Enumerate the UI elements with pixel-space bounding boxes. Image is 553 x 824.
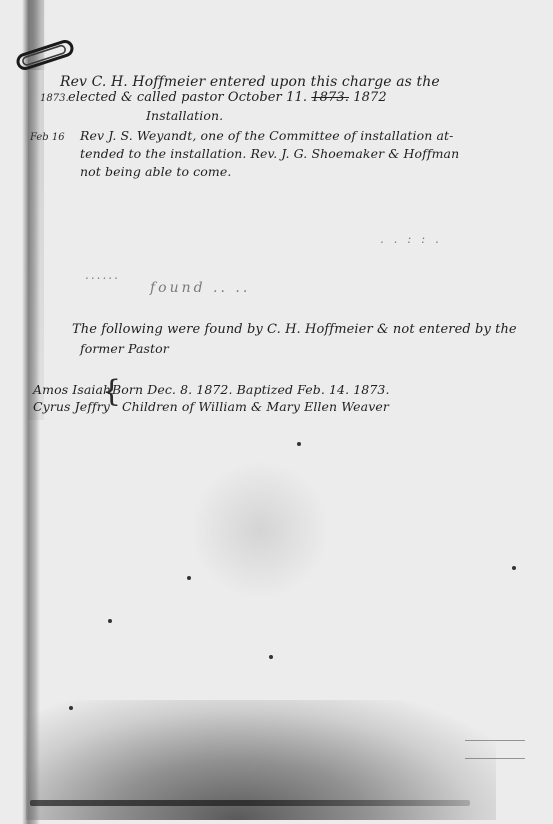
- scan-speck: [269, 655, 273, 659]
- scan-speck: [512, 566, 516, 570]
- installation-entry-line-1: Rev J. S. Weyandt, one of the Committee …: [80, 128, 453, 143]
- margin-year-note: 1873.: [40, 93, 69, 104]
- child-name-1: Amos Isaiah: [33, 382, 111, 397]
- scanned-page: 1873. Feb 16 Rev C. H. Hoffmeier entered…: [0, 0, 553, 824]
- scan-smudge: [190, 460, 330, 600]
- scan-speck: [69, 706, 73, 710]
- scan-speck: [297, 442, 301, 446]
- corrected-year: 1872: [353, 90, 386, 105]
- child-name-2: Cyrus Jeffry: [33, 399, 110, 414]
- baptism-entry-line-1: Born Dec. 8. 1872. Baptized Feb. 14. 187…: [112, 382, 390, 397]
- baptism-entry-line-2: Children of William & Mary Ellen Weaver: [122, 399, 389, 414]
- bottom-page-edge: [30, 800, 470, 806]
- faint-marks-2: found .. ..: [150, 280, 250, 296]
- struck-out-year: 1873.: [311, 90, 349, 105]
- faint-ruled-line: [465, 758, 525, 759]
- paperclip-icon: [14, 40, 76, 70]
- scan-speck: [187, 576, 191, 580]
- found-entry-line-1: The following were found by C. H. Hoffme…: [72, 322, 517, 337]
- installation-entry-line-2: tended to the installation. Rev. J. G. S…: [80, 146, 459, 161]
- found-entry-line-2: former Pastor: [80, 341, 169, 356]
- installation-heading: Installation.: [146, 108, 223, 123]
- pastor-entry-line-2-text: elected & called pastor October 11.: [68, 90, 307, 105]
- faint-marks-3: . . : : .: [380, 232, 442, 246]
- scan-speck: [108, 619, 112, 623]
- pastor-entry-line-1: Rev C. H. Hoffmeier entered upon this ch…: [60, 74, 440, 90]
- faint-ruled-line: [465, 740, 525, 741]
- faint-marks-1: ......: [85, 268, 120, 282]
- installation-entry-line-3: not being able to come.: [80, 164, 231, 179]
- margin-date-note: Feb 16: [30, 132, 65, 143]
- pastor-entry-line-2: elected & called pastor October 11. 1873…: [68, 90, 387, 105]
